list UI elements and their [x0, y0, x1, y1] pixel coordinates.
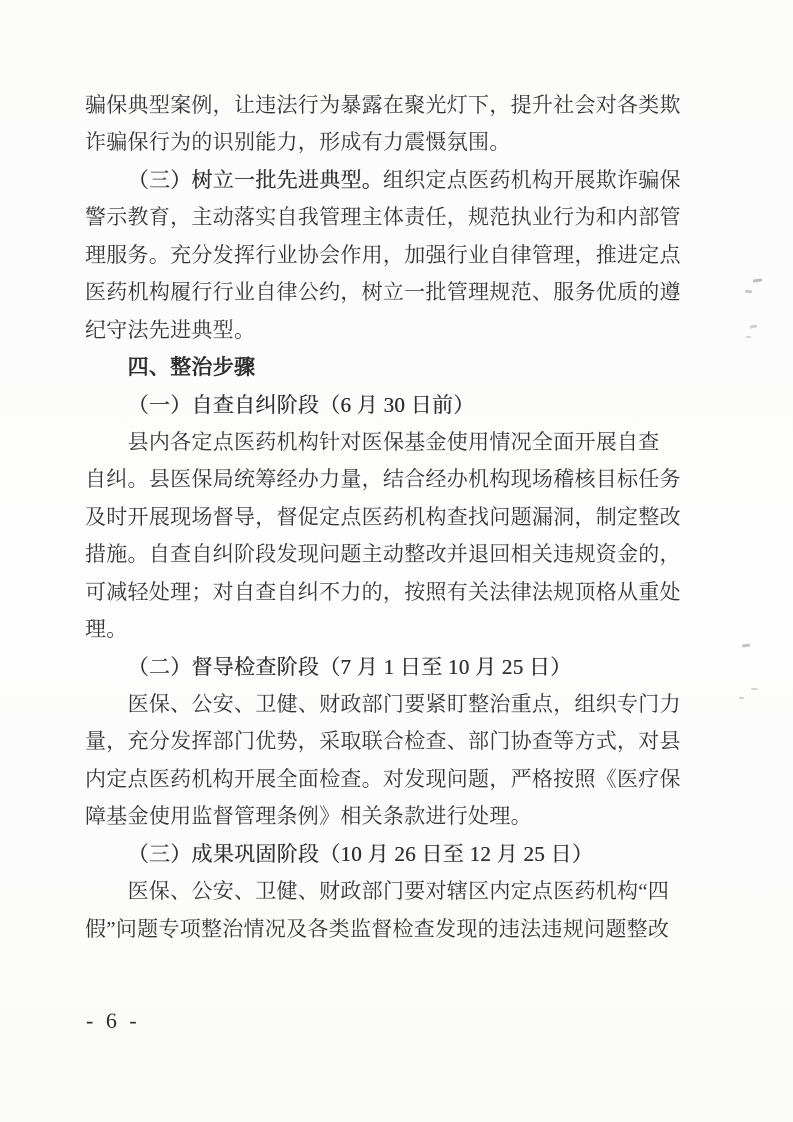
phase-heading: （一）自查自纠阶段（6 月 30 日前） [85, 387, 685, 424]
text-line: 警示教育，主动落实自我管理主体责任，规范执业行为和内部管 [85, 199, 685, 236]
subsection-heading-lead: （三）树立一批先进典型。 [128, 168, 383, 192]
text-line: 措施。自查自纠阶段发现问题主动整改并退回相关违规资金的， [85, 536, 685, 573]
paragraph: 骗保典型案例，让违法行为暴露在聚光灯下，提升社会对各类欺 诈骗保行为的识别能力，… [85, 87, 685, 162]
text-line: 及时开展现场督导，督促定点医药机构查找问题漏洞，制定整改 [85, 499, 685, 536]
text-line: 可减轻处理；对自查自纠不力的，按照有关法律法规顶格从重处 [85, 574, 685, 611]
text-block: 骗保典型案例，让违法行为暴露在聚光灯下，提升社会对各类欺 诈骗保行为的识别能力，… [85, 87, 685, 948]
text-line: 医保、公安、卫健、财政部门要紧盯整治重点，组织专门力 [85, 686, 685, 723]
text-line: 骗保典型案例，让违法行为暴露在聚光灯下，提升社会对各类欺 [85, 87, 685, 124]
text-line: 医保、公安、卫健、财政部门要对辖区内定点医药机构“四 [85, 873, 685, 910]
text-line: （三）树立一批先进典型。组织定点医药机构开展欺诈骗保 [85, 162, 685, 199]
paragraph: 医保、公安、卫健、财政部门要紧盯整治重点，组织专门力 量，充分发挥部门优势，采取… [85, 686, 685, 836]
scan-artifact [746, 336, 751, 338]
section-heading: 四、整治步骤 [85, 349, 685, 386]
text-line: 理。 [85, 611, 685, 648]
paragraph: 县内各定点医药机构针对医保基金使用情况全面开展自查 自纠。县医保局统筹经办力量，… [85, 424, 685, 649]
text-line: 医药机构履行行业自律公约，树立一批管理规范、服务优质的遵 [85, 274, 685, 311]
scan-artifact [750, 324, 757, 328]
phase-heading: （三）成果巩固阶段（10 月 26 日至 12 月 25 日） [85, 836, 685, 873]
paragraph: （三）树立一批先进典型。组织定点医药机构开展欺诈骗保 警示教育，主动落实自我管理… [85, 162, 685, 349]
page-number: - 6 - [86, 1008, 140, 1034]
text-line: 理服务。充分发挥行业协会作用，加强行业自律管理，推进定点 [85, 237, 685, 274]
phase-heading: （二）督导检查阶段（7 月 1 日至 10 月 25 日） [85, 649, 685, 686]
text-line: 纪守法先进典型。 [85, 312, 685, 349]
scan-artifact [745, 290, 752, 294]
scan-artifact [742, 644, 750, 648]
paragraph: 医保、公安、卫健、财政部门要对辖区内定点医药机构“四 假”问题专项整治情况及各类… [85, 873, 685, 948]
scan-artifact [751, 688, 758, 690]
text-line: 量，充分发挥部门优势，采取联合检查、部门协查等方式，对县 [85, 723, 685, 760]
text-line: 内定点医药机构开展全面检查。对发现问题，严格按照《医疗保 [85, 761, 685, 798]
text-line: 诈骗保行为的识别能力，形成有力震慑氛围。 [85, 124, 685, 161]
scan-artifact [753, 278, 762, 282]
document-page: 骗保典型案例，让违法行为暴露在聚光灯下，提升社会对各类欺 诈骗保行为的识别能力，… [0, 0, 793, 1122]
text-run: 组织定点医药机构开展欺诈骗保 [383, 168, 681, 192]
text-line: 县内各定点医药机构针对医保基金使用情况全面开展自查 [85, 424, 685, 461]
text-line: 障基金使用监督管理条例》相关条款进行处理。 [85, 798, 685, 835]
text-line: 假”问题专项整治情况及各类监督检查发现的违法违规问题整改 [85, 911, 685, 948]
text-line: 自纠。县医保局统筹经办力量，结合经办机构现场稽核目标任务 [85, 461, 685, 498]
scan-artifact [739, 697, 744, 700]
